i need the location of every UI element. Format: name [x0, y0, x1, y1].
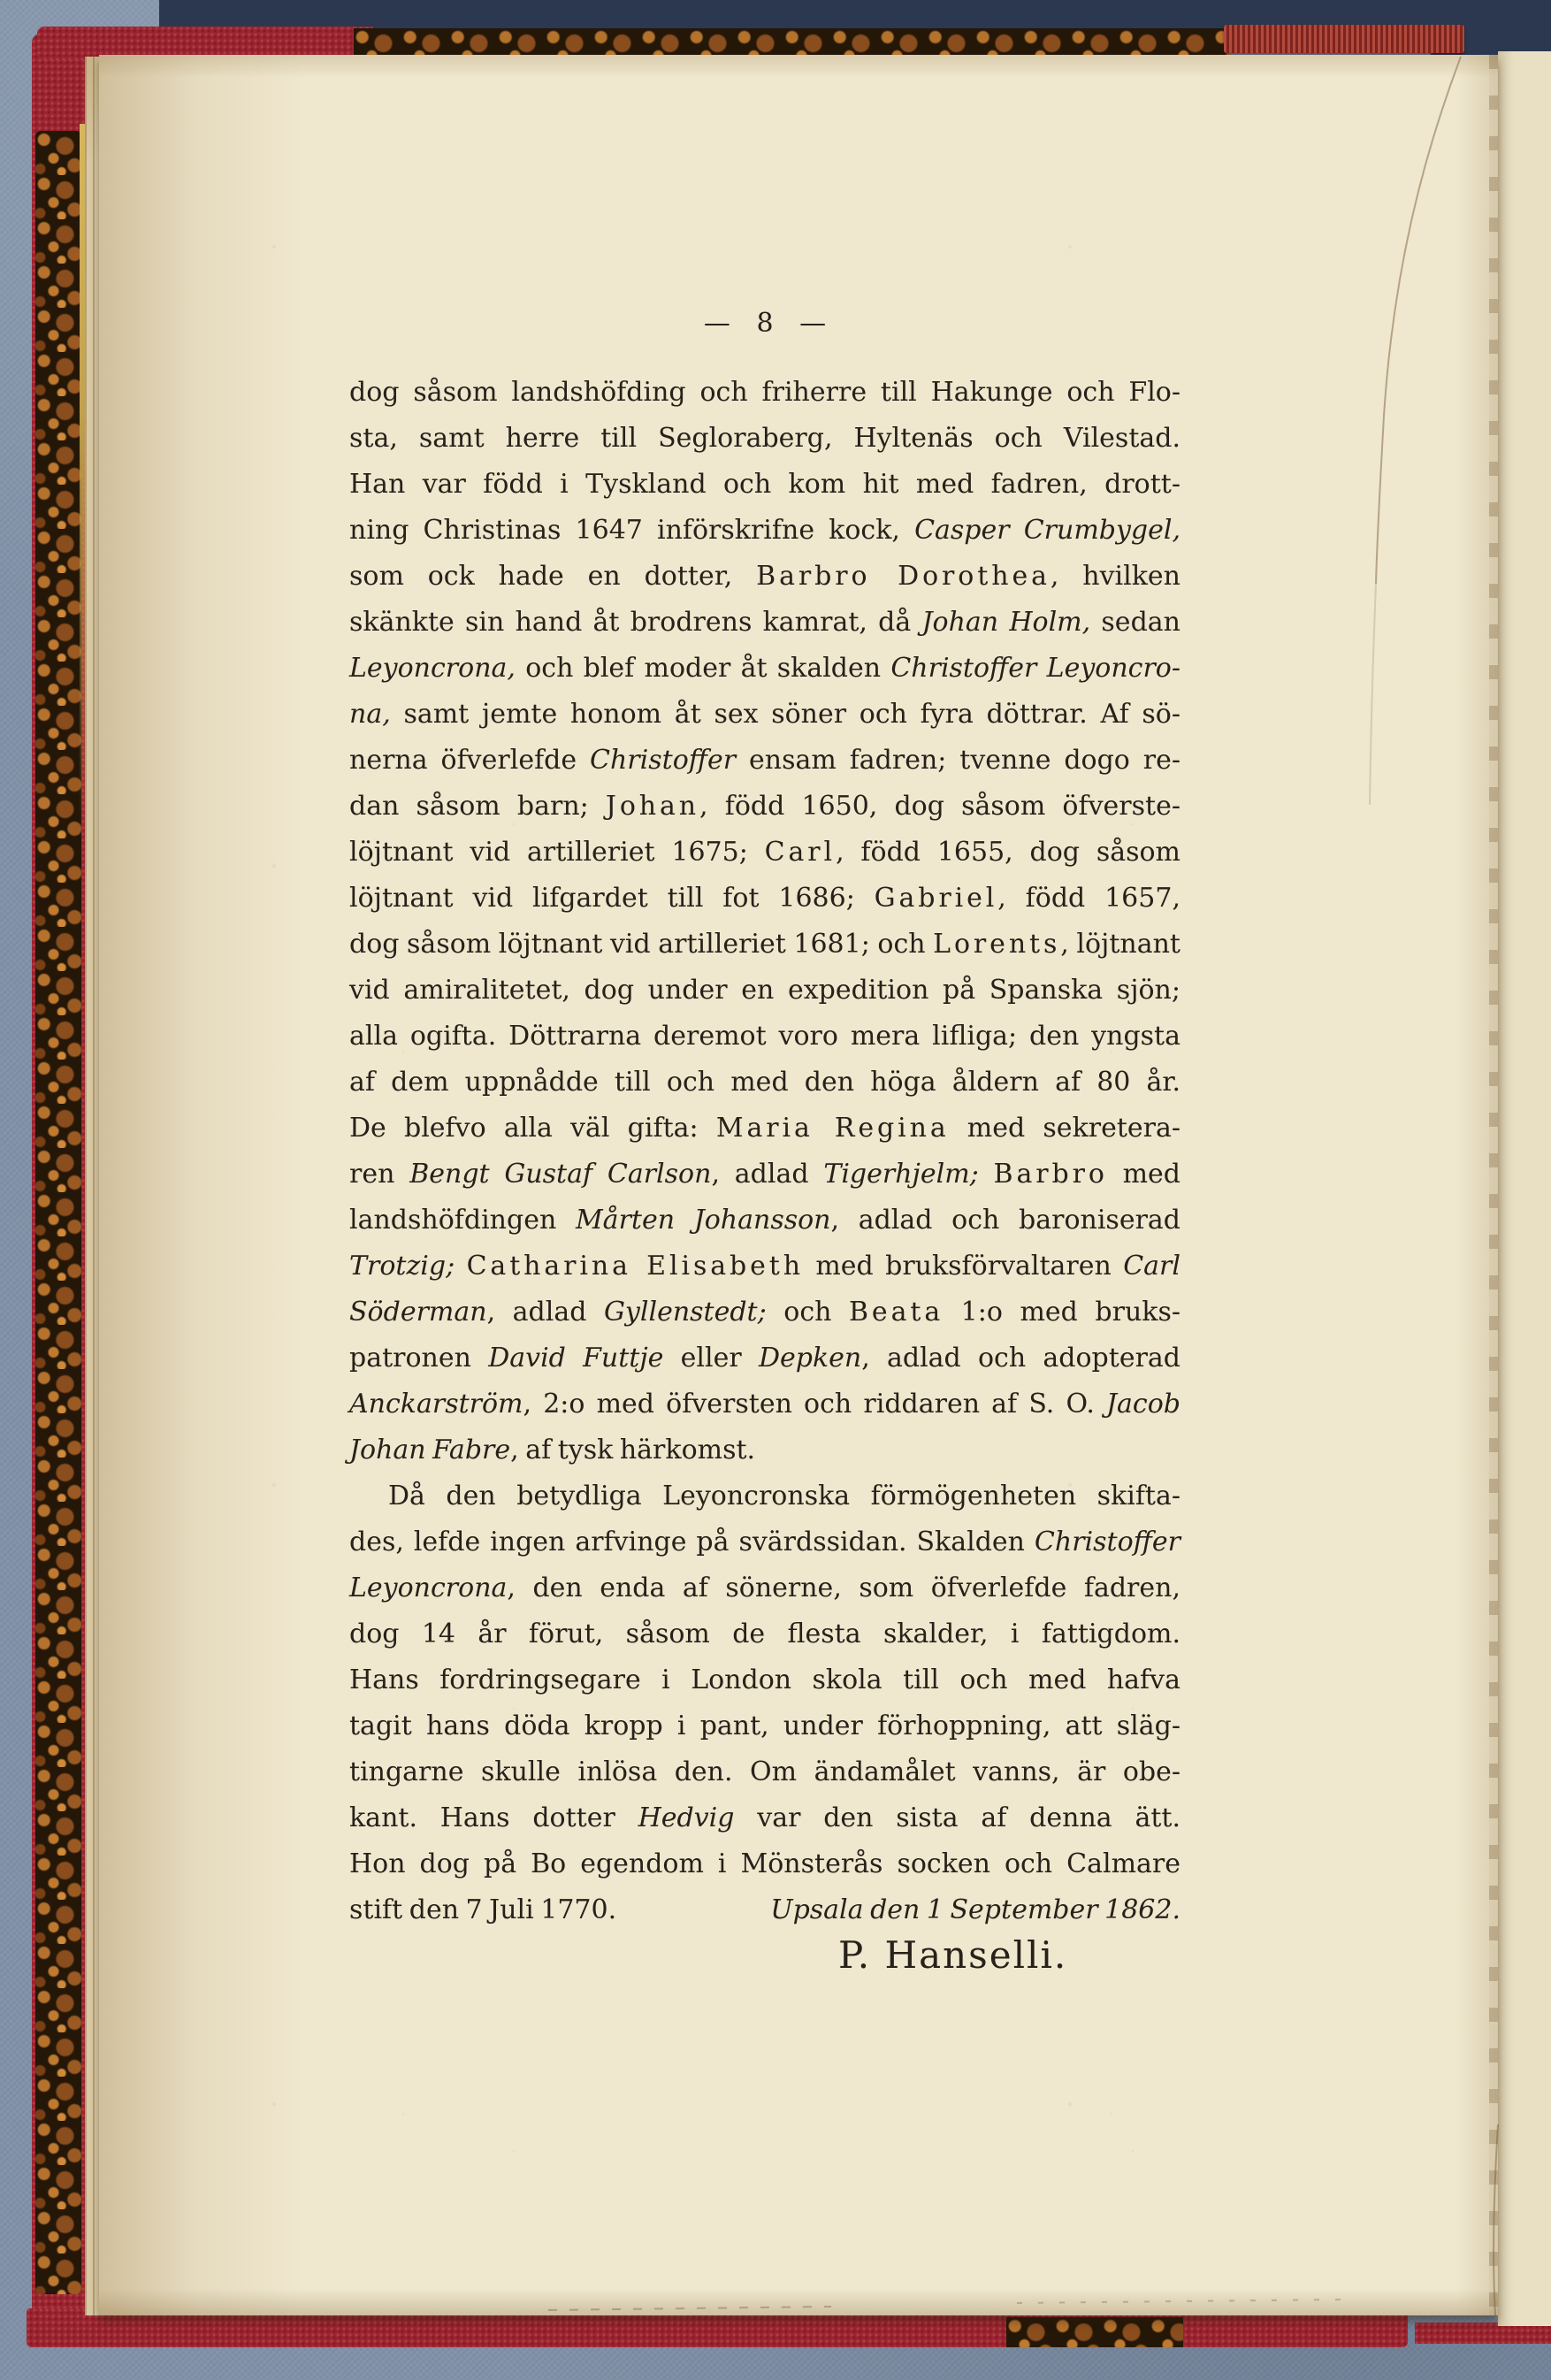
text-line: dog såsom löjtnant vid artilleriet 1681;… — [349, 922, 1180, 968]
text-line: tingarne skulle inlösa den. Om ändamålet… — [349, 1749, 1180, 1795]
text-line: tagit hans döda kropp i pant, under förh… — [349, 1703, 1180, 1749]
marbled-paper-bottom — [1006, 2317, 1183, 2347]
text-line: sta, samt herre till Segloraberg, Hylten… — [349, 416, 1180, 462]
text-line: vid amiralitetet, dog under en expeditio… — [349, 968, 1180, 1014]
headband — [1224, 25, 1464, 53]
text-line: alla ogifta. Döttrarna deremot voro mera… — [349, 1014, 1180, 1060]
text-line: som ock hade en dotter, Barbro Dorothea,… — [349, 554, 1180, 600]
page-stack-right — [1498, 51, 1551, 2326]
text-line: De blefvo alla väl gifta: Maria Regina m… — [349, 1106, 1180, 1152]
text-line: Anckarström, 2:o med öfversten och ridda… — [349, 1381, 1180, 1427]
text-line: Han var född i Tyskland och kom hit med … — [349, 462, 1180, 508]
text-line: löjtnant vid lifgardet till fot 1686; Ga… — [349, 876, 1180, 922]
text-line: skänkte sin hand åt brodrens kamrat, då … — [349, 600, 1180, 646]
text-line: na, samt jemte honom åt sex söner och fy… — [349, 692, 1180, 738]
page-number: — 8 — — [349, 308, 1180, 339]
text-line: stift den 7 Juli 1770.Upsala den 1 Septe… — [349, 1887, 1180, 1933]
text-line: Hon dog på Bo egendom i Mönsterås socken… — [349, 1841, 1180, 1887]
text-line: Johan Fabre, af tysk härkomst. — [349, 1427, 1180, 1473]
text-line: dan såsom barn; Johan, född 1650, dog så… — [349, 784, 1180, 830]
text-line: dog såsom landshöfding och friherre till… — [349, 370, 1180, 416]
text-line: löjtnant vid artilleriet 1675; Carl, föd… — [349, 830, 1180, 876]
text-line: af dem uppnådde till och med den höga ål… — [349, 1060, 1180, 1106]
text-line: nerna öfverlefde Christoffer ensam fadre… — [349, 738, 1180, 784]
text-line: des, lefde ingen arfvinge på svärdssidan… — [349, 1519, 1180, 1565]
text-line: Då den betydliga Leyoncronska förmögenhe… — [349, 1473, 1180, 1519]
marbled-paper-left — [35, 131, 81, 2294]
text-line: Hans fordringsegare i London skola till … — [349, 1657, 1180, 1703]
text-line: Trotzig; Catharina Elisabeth med bruksfö… — [349, 1244, 1180, 1289]
text-line: landshöfdingen Mårten Johansson, adlad o… — [349, 1198, 1180, 1244]
text-line: kant. Hans dotter Hedvig var den sista a… — [349, 1795, 1180, 1841]
text-block: dog såsom landshöfding och friherre till… — [349, 370, 1180, 1933]
author-signature: P. Hanselli. — [838, 1933, 1067, 1977]
text-line: Söderman, adlad Gyllenstedt; och Beata 1… — [349, 1289, 1180, 1335]
book-photo-scene: — 8 — dog såsom landshöfding och friherr… — [0, 0, 1551, 2380]
text-line: Leyoncrona, och blef moder åt skalden Ch… — [349, 646, 1180, 692]
gutter-torn-edge — [1489, 55, 1498, 2315]
text-line: patronen David Futtje eller Depken, adla… — [349, 1335, 1180, 1381]
text-line: ning Christinas 1647 införskrifne kock, … — [349, 508, 1180, 554]
text-line: Leyoncrona, den enda af sönerne, som öfv… — [349, 1565, 1180, 1611]
text-line: ren Bengt Gustaf Carlson, adlad Tigerhje… — [349, 1152, 1180, 1198]
text-line: dog 14 år förut, såsom de flesta skalder… — [349, 1611, 1180, 1657]
